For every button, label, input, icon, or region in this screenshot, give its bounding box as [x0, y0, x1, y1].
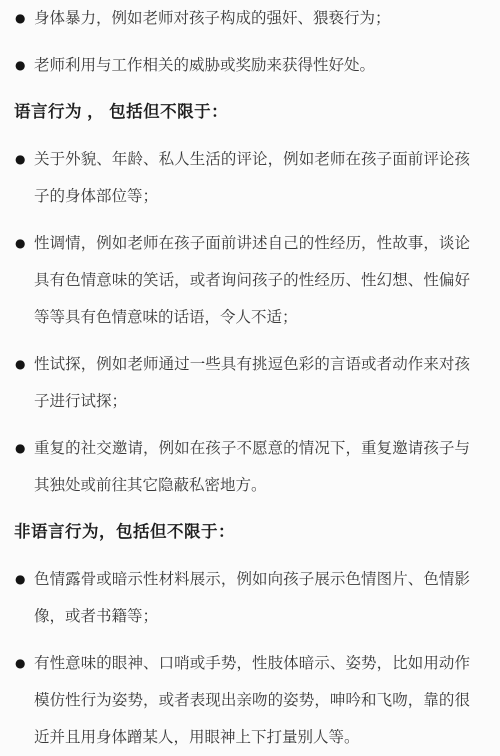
- list-item-text: 有性意味的眼神、口哨或手势，性肢体暗示、姿势，比如用动作模仿性行为姿势，或者表现…: [34, 655, 470, 746]
- list-item: ● 重复的社交邀请，例如在孩子不愿意的情况下，重复邀请孩子与其独处或前往其它隐蔽…: [14, 430, 470, 504]
- list-item: ● 色情露骨或暗示性材料展示，例如向孩子展示色情图片、色情影像，或者书籍等；: [14, 561, 470, 635]
- bullet-icon: ●: [15, 561, 25, 598]
- section-heading-verbal: 语言行为 ， 包括但不限于：: [14, 94, 470, 131]
- bullet-icon: ●: [15, 346, 25, 383]
- list-item-text: 重复的社交邀请，例如在孩子不愿意的情况下，重复邀请孩子与其独处或前往其它隐蔽私密…: [34, 440, 470, 494]
- list-item: ● 有性意味的眼神、口哨或手势，性肢体暗示、姿势，比如用动作模仿性行为姿势，或者…: [14, 645, 470, 756]
- list-item-text: 色情露骨或暗示性材料展示，例如向孩子展示色情图片、色情影像，或者书籍等；: [34, 571, 470, 625]
- bullet-icon: ●: [15, 225, 25, 262]
- list-item-text: 性调情，例如老师在孩子面前讲述自己的性经历，性故事，谈论具有色情意味的笑话，或者…: [34, 235, 470, 326]
- section-heading-nonverbal: 非语言行为，包括但不限于：: [14, 514, 470, 551]
- list-item: ● 老师利用与工作相关的威胁或奖励来获得性好处。: [14, 47, 470, 84]
- bullet-icon: ●: [15, 430, 25, 467]
- list-item-text: 性试探，例如老师通过一些具有挑逗色彩的言语或者动作来对孩子进行试探；: [34, 356, 470, 410]
- bullet-icon: ●: [15, 645, 25, 682]
- bullet-icon: ●: [15, 141, 25, 178]
- list-item: ● 性调情，例如老师在孩子面前讲述自己的性经历，性故事，谈论具有色情意味的笑话，…: [14, 225, 470, 336]
- list-item: ● 关于外貌、年龄、私人生活的评论，例如老师在孩子面前评论孩子的身体部位等；: [14, 141, 470, 215]
- document-page: ● 身体暴力，例如老师对孩子构成的强奸、猥亵行为； ● 老师利用与工作相关的威胁…: [0, 0, 500, 756]
- bullet-icon: ●: [15, 0, 25, 37]
- list-item: ● 性试探，例如老师通过一些具有挑逗色彩的言语或者动作来对孩子进行试探；: [14, 346, 470, 420]
- list-item-text: 关于外貌、年龄、私人生活的评论，例如老师在孩子面前评论孩子的身体部位等；: [34, 151, 470, 205]
- list-item: ● 身体暴力，例如老师对孩子构成的强奸、猥亵行为；: [14, 0, 470, 37]
- list-item-text: 老师利用与工作相关的威胁或奖励来获得性好处。: [34, 57, 375, 74]
- list-item-text: 身体暴力，例如老师对孩子构成的强奸、猥亵行为；: [34, 10, 391, 27]
- bullet-icon: ●: [15, 47, 25, 84]
